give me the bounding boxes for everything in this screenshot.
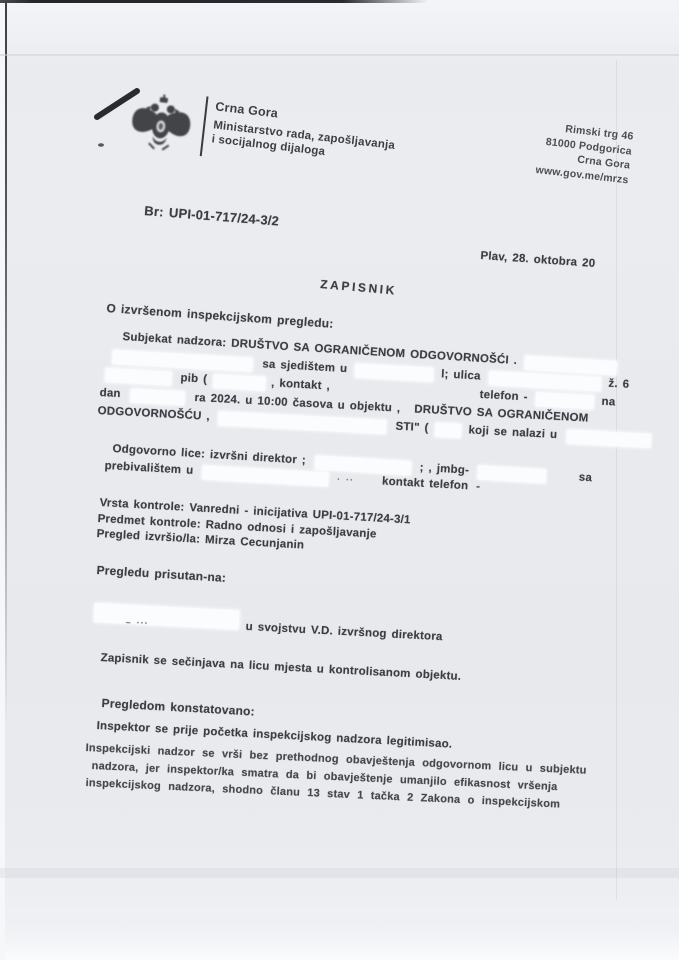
coat-of-arms-icon [126, 91, 196, 156]
redaction-remnant: · ·· [337, 472, 355, 488]
document-title: ZAPISNIK [320, 277, 398, 299]
address-stamp: Rimski trg 46 81000 Podgorica Crna Gora … [506, 116, 634, 187]
subject-r5b-text: STI" ( [395, 420, 429, 437]
redaction-box [488, 371, 601, 391]
subject-r2a-text: sa sjedištem u [262, 357, 348, 377]
intro-heading: O izvršenom inspekcijskom pregledu: [106, 301, 334, 332]
ref-number: Br: UPI-01-717/24-3/2 [144, 203, 280, 229]
subject-r5a-text: ODGOVORNOŠĆU , [97, 404, 210, 425]
redaction-box [355, 363, 434, 381]
subject-r2b-text: l; ulica [441, 367, 481, 384]
subject-r5c-text: koji se nalazi u [468, 423, 558, 443]
onsite-note: Zapisnik se sečinjava na licu mjesta u k… [100, 651, 461, 685]
ministry-stamp: Crna Gora Ministarstvo rada, zapošljavan… [133, 88, 461, 125]
findings-heading: Pregledom konstatovano: [101, 696, 255, 720]
redaction-box [130, 388, 185, 405]
redaction-box [567, 429, 652, 447]
subject-r3c-text: telefon - [479, 388, 528, 406]
redaction-box [105, 367, 172, 385]
subject-r2c-text: ž. 6 [608, 377, 630, 393]
redaction-box [535, 392, 594, 409]
redaction-box [478, 465, 547, 483]
redaction-box [525, 355, 618, 375]
redaction-box [435, 422, 462, 437]
subject-r3a-text: pib ( [180, 371, 208, 387]
subject-r3b-text: , kontakt , [271, 376, 331, 394]
subject-r3d-text: na [601, 395, 616, 411]
stamp-divider [200, 96, 208, 156]
present-heading: Pregledu prisutan-na: [96, 563, 226, 586]
redaction-box [213, 374, 266, 391]
subject-r4a-text: dan [99, 386, 121, 402]
scanned-document-page: Crna Gora Ministarstvo rada, zapošljavan… [0, 0, 679, 960]
attendee-role: u svojstvu V.D. izvršnog direktora [245, 620, 443, 645]
responsible-r2a-text: prebivalištem u [104, 459, 194, 479]
redaction-remnant: – ··· [125, 615, 149, 631]
responsible-r1c-text: sa [578, 471, 592, 487]
redaction-box [94, 603, 240, 630]
place-date: Plav, 28. oktobra 20 [480, 249, 596, 272]
responsible-r2c-text: - [476, 480, 481, 495]
